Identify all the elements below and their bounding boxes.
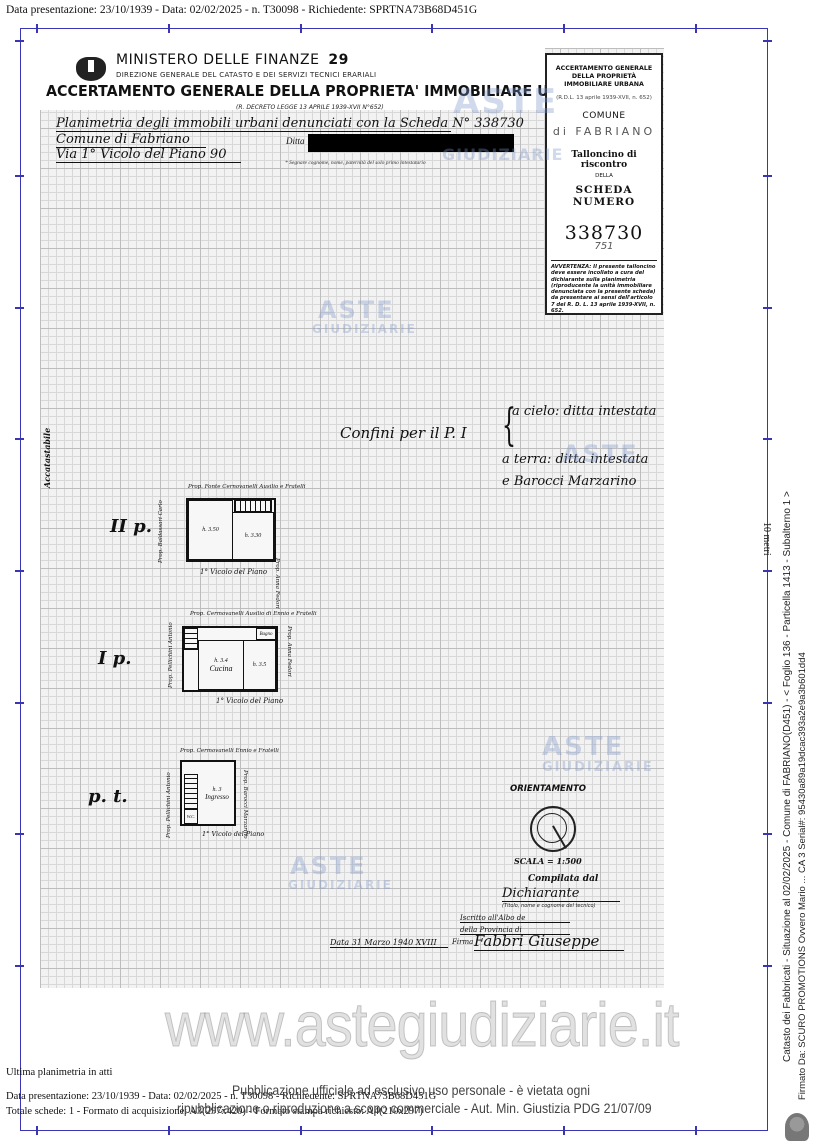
watermark-url: www.astegiudiziarie.it bbox=[165, 990, 679, 1061]
header-request-info: Data presentazione: 23/10/1939 - Data: 0… bbox=[6, 4, 477, 16]
floor-i-stairs bbox=[184, 628, 198, 650]
frame-tick bbox=[15, 833, 24, 835]
talloncino-header: ACCERTAMENTO GENERALE DELLA PROPRIETÀ IM… bbox=[547, 65, 661, 89]
frame-tick bbox=[431, 1126, 433, 1135]
talloncino-warning: AVVERTENZA: Il presente talloncino deve … bbox=[551, 260, 657, 314]
floor-label-i: I p. bbox=[98, 648, 132, 669]
floor-label-ii: II p. bbox=[110, 516, 152, 537]
floor-ii-room-2: h. 3.30 bbox=[232, 512, 274, 560]
signature: Fabbri Giuseppe bbox=[474, 932, 624, 951]
frame-tick bbox=[15, 570, 24, 572]
floor-pt-room: h. 3 Ingresso bbox=[200, 764, 234, 824]
publication-notice-1: Pubblicazione ufficiale ad esclusivo uso… bbox=[232, 1082, 590, 1098]
talloncino-comune-label: COMUNE bbox=[547, 111, 661, 121]
frame-tick bbox=[763, 307, 772, 309]
ditta-note: * Segnare cognome, nome, paternità del s… bbox=[285, 160, 426, 166]
directorate: DIREZIONE GENERALE DEL CATASTO E DEI SER… bbox=[116, 71, 376, 79]
floor-i-top-note: Prop. Cermovanelli Ausilio di Ennio e Fr… bbox=[190, 611, 317, 617]
frame-tick bbox=[168, 24, 170, 33]
confini-line-3: e Barocci Marzarino bbox=[502, 474, 636, 489]
talloncino-box: ACCERTAMENTO GENERALE DELLA PROPRIETÀ IM… bbox=[545, 53, 663, 315]
talloncino-receipt-label: Talloncino di riscontro bbox=[547, 150, 661, 170]
scale-label: SCALA = 1:500 bbox=[514, 856, 582, 866]
floor-i-bathroom: Bagno bbox=[256, 628, 276, 640]
document-title: ACCERTAMENTO GENERALE DELLA PROPRIETA' I… bbox=[46, 82, 605, 100]
ditta-label: Ditta bbox=[286, 136, 305, 146]
frame-tick bbox=[563, 24, 565, 33]
compass-needle bbox=[552, 826, 566, 849]
comune-line: Comune di Fabriano bbox=[56, 132, 206, 148]
via-line: Via 1° Vicolo del Piano 90 bbox=[56, 147, 241, 163]
registered-line-1: Iscritto all'Albo de bbox=[460, 914, 570, 923]
floor-i-right-note: Prop. Anna Fedori bbox=[286, 626, 292, 677]
floor-pt-top-note: Prop. Cermovanelli Ennio e Fratelli bbox=[180, 748, 279, 754]
frame-tick bbox=[15, 702, 24, 704]
floor-i-room-1: h. 3.4 Cucina bbox=[198, 640, 244, 690]
floor-ii-stairs bbox=[234, 500, 272, 512]
floor-i-left-note: Prop. Pellichini Antonio bbox=[168, 622, 174, 688]
confini-label: Confini per il P. I bbox=[340, 424, 467, 442]
seal-icon bbox=[785, 1113, 809, 1141]
publication-notice-2: ripubblicazione o riproduzione a scopo c… bbox=[177, 1100, 652, 1116]
redacted-owner bbox=[308, 134, 514, 152]
footer-last-plan: Ultima planimetria in atti bbox=[6, 1067, 112, 1078]
frame-tick bbox=[763, 965, 772, 967]
frame-tick bbox=[300, 1126, 302, 1135]
scanned-planimetry-sheet: MINISTERO DELLE FINANZE 29 DIREZIONE GEN… bbox=[40, 48, 664, 988]
orientation-label: ORIENTAMENTO bbox=[510, 784, 586, 794]
frame-tick bbox=[763, 175, 772, 177]
frame-tick bbox=[15, 438, 24, 440]
state-emblem-icon bbox=[76, 57, 106, 81]
frame-tick bbox=[15, 40, 24, 42]
side-label: Accatastabile bbox=[42, 428, 52, 488]
ministry-name: MINISTERO DELLE FINANZE bbox=[116, 52, 319, 68]
frame-tick bbox=[431, 24, 433, 33]
frame-tick bbox=[15, 307, 24, 309]
floor-i-room-2: h. 3.5 bbox=[243, 640, 276, 690]
floor-ii-street: 1° Vicolo del Piano bbox=[200, 568, 267, 576]
floor-i-room-1-label: Cucina bbox=[209, 664, 232, 673]
compass-icon bbox=[530, 806, 576, 852]
ministry-number: 29 bbox=[328, 52, 348, 68]
frame-tick bbox=[695, 24, 697, 33]
floor-pt-wc: W.C. bbox=[184, 808, 198, 824]
floor-i-street: 1° Vicolo del Piano bbox=[216, 697, 283, 705]
compiled-by-label: Compilata dal bbox=[528, 874, 598, 884]
floor-pt-left-note: Prop. Pellichini Antonio bbox=[166, 772, 172, 838]
frame-tick bbox=[763, 702, 772, 704]
floor-i-plan: h. 3.4 Cucina h. 3.5 Bagno bbox=[182, 626, 278, 692]
talloncino-scheda-label: SCHEDA NUMERO bbox=[547, 184, 661, 208]
frame-tick bbox=[763, 438, 772, 440]
ministry-title: MINISTERO DELLE FINANZE 29 bbox=[116, 52, 349, 68]
frame-tick bbox=[15, 965, 24, 967]
frame-tick bbox=[168, 1126, 170, 1135]
floor-pt-plan: W.C. h. 3 Ingresso bbox=[180, 760, 236, 826]
scale-bar-label: 10 metri bbox=[761, 522, 772, 556]
frame-tick bbox=[563, 1126, 565, 1135]
floor-label-pt: p. t. bbox=[88, 786, 128, 807]
frame-tick bbox=[763, 40, 772, 42]
frame-tick bbox=[695, 1126, 697, 1135]
floor-ii-top-note: Prop. Fonte Cernovanelli Ausilio e Frate… bbox=[188, 484, 306, 490]
frame-tick bbox=[763, 570, 772, 572]
floor-ii-room-1: h. 3.50 bbox=[188, 500, 233, 560]
scheda-line: Planimetria degli immobili urbani denunc… bbox=[56, 116, 451, 132]
frame-tick bbox=[36, 24, 38, 33]
floor-ii-plan: h. 3.50 h. 3.30 bbox=[186, 498, 276, 562]
frame-tick bbox=[763, 833, 772, 835]
floor-pt-right-note: Prop. Barocci Marzarino bbox=[242, 770, 248, 839]
floor-pt-stairs bbox=[184, 774, 198, 810]
frame-tick bbox=[15, 175, 24, 177]
talloncino-comune-value: di FABRIANO bbox=[547, 125, 661, 138]
floor-pt-street: 1° Vicolo del Piano bbox=[202, 830, 264, 838]
floor-ii-left-note: Prop. Baldassari Carlo bbox=[158, 500, 164, 563]
talloncino-della: DELLA bbox=[547, 173, 661, 179]
date-line: Data 31 Marzo 1940 XVIII bbox=[330, 938, 448, 948]
digital-signature-info: Firmato Da: SCURO PROMOTIONS Ovvero Mari… bbox=[797, 652, 808, 1100]
frame-tick bbox=[36, 1126, 38, 1135]
compiled-by-value: Dichiarante bbox=[502, 886, 620, 902]
frame-tick bbox=[300, 24, 302, 33]
decree-reference: (R. DECRETO LEGGE 13 APRILE 1939-XVII N°… bbox=[236, 104, 384, 111]
talloncino-law: (R.D.L. 13 aprile 1939-XVII, n. 652) bbox=[547, 95, 661, 101]
confini-line-1: a cielo: ditta intestata bbox=[512, 404, 656, 419]
compiled-note: (Titolo, nome e cognome del tecnico) bbox=[502, 903, 596, 909]
confini-line-2: a terra: ditta intestata bbox=[502, 452, 648, 467]
floor-ii-right-note: Prop. Anna Fedori bbox=[274, 558, 280, 609]
signature-label: Firma bbox=[452, 938, 473, 946]
catasto-info: Catasto dei Fabbricati - Situazione al 0… bbox=[782, 491, 793, 1062]
floor-pt-room-label: Ingresso bbox=[205, 793, 229, 801]
